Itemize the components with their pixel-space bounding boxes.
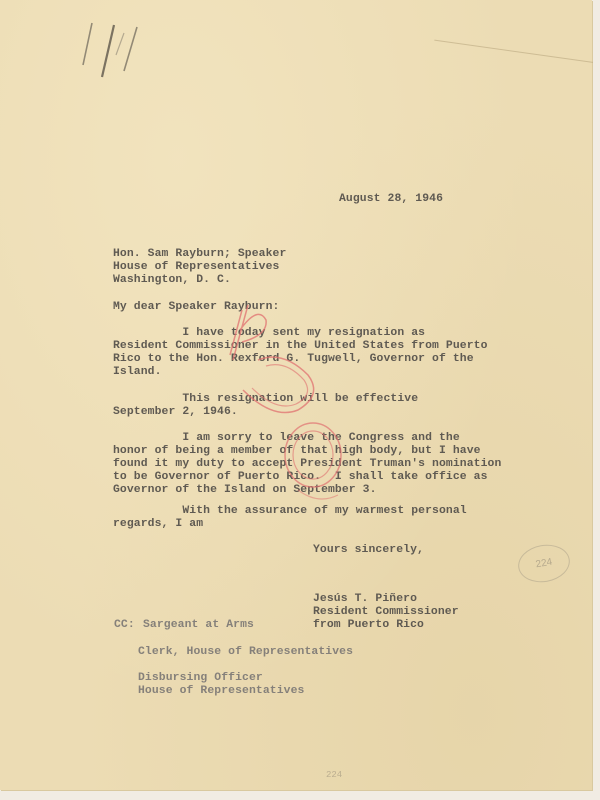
pencil-marks-icon xyxy=(80,15,150,85)
page-number: 224 xyxy=(326,770,342,780)
cc-recipient-3: Disbursing Officer xyxy=(138,672,263,685)
signature-title-2: from Puerto Rico xyxy=(313,619,424,632)
recipient-line-2: House of Representatives xyxy=(113,261,279,274)
paragraph-4-line-2: regards, I am xyxy=(113,518,203,531)
cc-recipient-1: Sargeant at Arms xyxy=(143,619,254,632)
closing: Yours sincerely, xyxy=(313,544,424,557)
signature-name: Jesús T. Piñero xyxy=(313,593,417,606)
cc-recipient-2: Clerk, House of Representatives xyxy=(138,646,353,659)
recipient-line-1: Hon. Sam Rayburn; Speaker xyxy=(113,248,286,261)
letter-date: August 28, 1946 xyxy=(339,193,443,206)
red-stamp-icon xyxy=(228,300,348,520)
cc-label: CC: xyxy=(114,619,135,632)
letter-page: August 28, 1946 Hon. Sam Rayburn; Speake… xyxy=(0,0,592,790)
cc-recipient-4: House of Representatives xyxy=(138,685,304,698)
recipient-line-3: Washington, D. C. xyxy=(113,274,231,287)
margin-note: 224 xyxy=(515,541,573,586)
paragraph-1-line-4: Island. xyxy=(113,366,162,379)
signature-title-1: Resident Commissioner xyxy=(313,606,459,619)
paragraph-2-line-2: September 2, 1946. xyxy=(113,406,238,419)
paper-fold-line xyxy=(434,0,598,63)
